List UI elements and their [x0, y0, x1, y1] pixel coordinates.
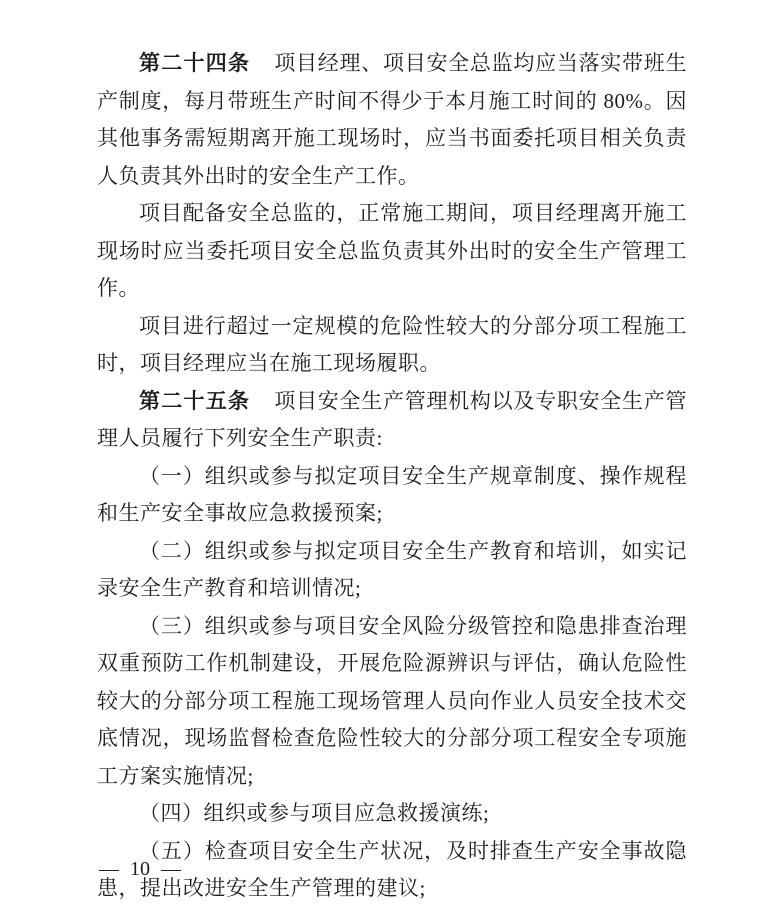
paragraph-body: 项目进行超过一定规模的危险性较大的分部分项工程施工时，项目经理应当在施工现场履职…	[97, 308, 687, 383]
paragraph-body-text: 项目进行超过一定规模的危险性较大的分部分项工程施工时，项目经理应当在施工现场履职…	[97, 314, 687, 376]
paragraph-article-25: 第二十五条项目安全生产管理机构以及专职安全生产管理人员履行下列安全生产职责:	[97, 383, 687, 458]
page-footer: —10—	[99, 858, 181, 881]
article-25-number: 第二十五条	[139, 390, 250, 413]
list-item-5: （五）检查项目安全生产状况，及时排查生产安全事故隐患，提出改进安全生产管理的建议…	[97, 833, 687, 908]
footer-left-dash: —	[99, 858, 119, 880]
list-item-1-text: （一）组织或参与拟定项目安全生产规章制度、操作规程和生产安全事故应急救援预案;	[97, 464, 687, 526]
list-item-2-text: （二）组织或参与拟定项目安全生产教育和培训，如实记录安全生产教育和培训情况;	[97, 539, 687, 601]
paragraph-article-24: 第二十四条项目经理、项目安全总监均应当落实带班生产制度，每月带班生产时间不得少于…	[97, 45, 687, 195]
paragraph-body-text: 项目配备安全总监的，正常施工期间，项目经理离开施工现场时应当委托项目安全总监负责…	[97, 201, 687, 300]
list-item-5-text: （五）检查项目安全生产状况，及时排查生产安全事故隐患，提出改进安全生产管理的建议…	[97, 839, 687, 901]
article-24-number: 第二十四条	[139, 52, 250, 75]
page-number: 10	[130, 858, 150, 880]
footer-right-dash: —	[161, 858, 181, 880]
document-body: 第二十四条项目经理、项目安全总监均应当落实带班生产制度，每月带班生产时间不得少于…	[97, 45, 687, 908]
list-item-1: （一）组织或参与拟定项目安全生产规章制度、操作规程和生产安全事故应急救援预案;	[97, 458, 687, 533]
list-item-4-text: （四）组织或参与项目应急救援演练;	[139, 801, 489, 825]
list-item-2: （二）组织或参与拟定项目安全生产教育和培训，如实记录安全生产教育和培训情况;	[97, 533, 687, 608]
list-item-4: （四）组织或参与项目应急救援演练;	[97, 795, 687, 833]
list-item-3: （三）组织或参与项目安全风险分级管控和隐患排查治理双重预防工作机制建设，开展危险…	[97, 608, 687, 796]
list-item-3-text: （三）组织或参与项目安全风险分级管控和隐患排查治理双重预防工作机制建设，开展危险…	[97, 614, 687, 788]
paragraph-body: 项目配备安全总监的，正常施工期间，项目经理离开施工现场时应当委托项目安全总监负责…	[97, 195, 687, 308]
document-page: 第二十四条项目经理、项目安全总监均应当落实带班生产制度，每月带班生产时间不得少于…	[0, 0, 758, 923]
